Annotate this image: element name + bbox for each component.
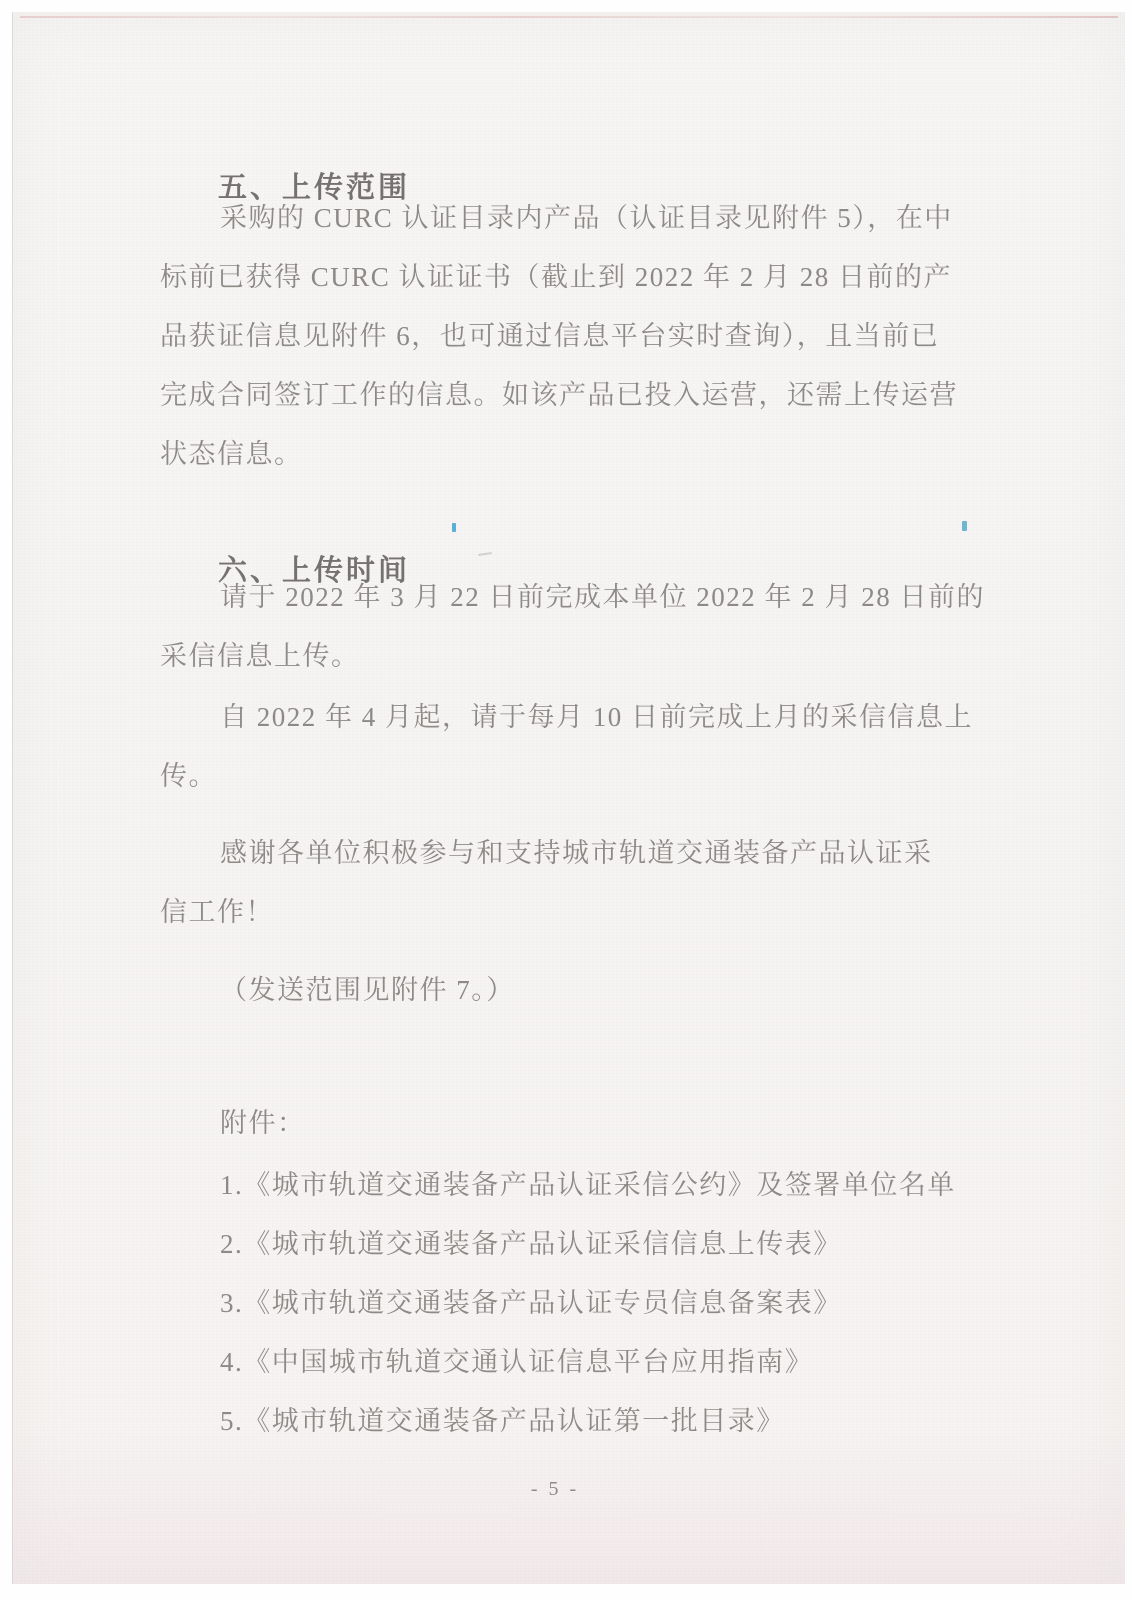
text-line: 自 2022 年 4 月起，请于每月 10 日前完成上月的采信信息上 (160, 688, 950, 747)
attachment-item: 5.《城市轨道交通装备产品认证第一批目录》 (160, 1392, 950, 1451)
scan-speck-blue-right (962, 521, 967, 531)
paragraph-thanks: 感谢各单位积极参与和支持城市轨道交通装备产品认证采 信工作！ (160, 824, 950, 942)
page-number: - 5 - (160, 1478, 950, 1501)
text-line: 完成合同签订工作的信息。如该产品已投入运营，还需上传运营 (160, 366, 950, 425)
attachment-item: 2.《城市轨道交通装备产品认证采信信息上传表》 (160, 1215, 950, 1274)
text-line: 采购的 CURC 认证目录内产品（认证目录见附件 5），在中 (160, 189, 950, 248)
document-page: { "section_upload_scope": { "heading": "… (0, 0, 1132, 1600)
text-line: 请于 2022 年 3 月 22 日前完成本单位 2022 年 2 月 28 日… (160, 568, 950, 627)
text-line: 传。 (160, 747, 950, 806)
text-line: 采信信息上传。 (160, 627, 950, 686)
paragraph-upload-time-2: 自 2022 年 4 月起，请于每月 10 日前完成上月的采信信息上 传。 (160, 688, 950, 806)
text-line: 品获证信息见附件 6，也可通过信息平台实时查询），且当前已 (160, 307, 950, 366)
text-line: 感谢各单位积极参与和支持城市轨道交通装备产品认证采 (160, 824, 950, 883)
scan-edge-line (12, 12, 13, 1584)
text-line: 标前已获得 CURC 认证证书（截止到 2022 年 2 月 28 日前的产 (160, 248, 950, 307)
paragraph-upload-time-1: 请于 2022 年 3 月 22 日前完成本单位 2022 年 2 月 28 日… (160, 568, 950, 686)
attachments-label: 附件： (160, 1094, 950, 1153)
scan-artifact-top-line (20, 16, 1118, 18)
attachment-item: 1.《城市轨道交通装备产品认证采信公约》及签署单位名单 (160, 1156, 950, 1215)
text-line: （发送范围见附件 7。） (160, 961, 950, 1020)
attachment-item: 3.《城市轨道交通装备产品认证专员信息备案表》 (160, 1274, 950, 1333)
text-line: 状态信息。 (160, 425, 950, 484)
text-line: 信工作！ (160, 883, 950, 942)
text-line: 附件： (160, 1094, 950, 1153)
attachment-item: 4.《中国城市轨道交通认证信息平台应用指南》 (160, 1333, 950, 1392)
attachments-list: 1.《城市轨道交通装备产品认证采信公约》及签署单位名单 2.《城市轨道交通装备产… (160, 1156, 950, 1451)
paragraph-upload-scope: 采购的 CURC 认证目录内产品（认证目录见附件 5），在中 标前已获得 CUR… (160, 189, 950, 484)
scan-speck-blue-left (452, 523, 456, 532)
paragraph-distribution-note: （发送范围见附件 7。） (160, 961, 950, 1020)
